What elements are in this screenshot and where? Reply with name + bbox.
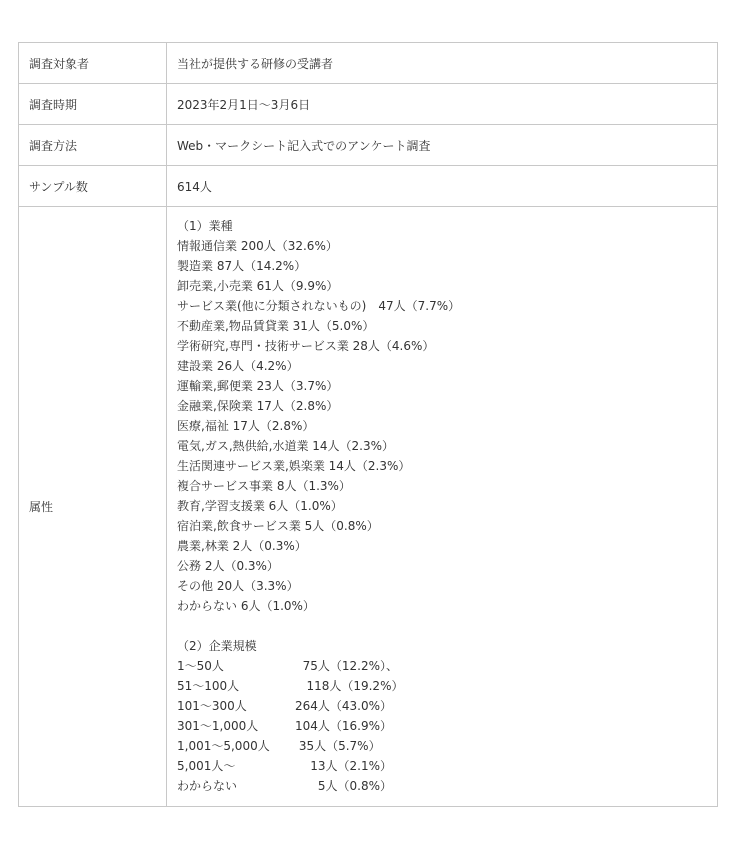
industry-item: 学術研究,専門・技術サービス業 28人（4.6%）	[177, 336, 707, 356]
company-size-count: 118人（19.2%）	[295, 676, 403, 696]
row-sample-size: サンプル数 614人	[19, 166, 718, 207]
industry-item: 建設業 26人（4.2%）	[177, 356, 707, 376]
industry-item: 医療,福祉 17人（2.8%）	[177, 416, 707, 436]
survey-period-value: 2023年2月1日～3月6日	[167, 84, 718, 125]
company-size-count: 5人（0.8%）	[295, 776, 392, 796]
company-size-item: 1～50人 75人（12.2%）、	[177, 656, 707, 676]
industry-item: 卸売業,小売業 61人（9.9%）	[177, 276, 707, 296]
company-size-count: 104人（16.9%）	[295, 716, 392, 736]
company-size-range: 1,001～5,000人	[177, 736, 295, 756]
company-size-item: 51～100人 118人（19.2%）	[177, 676, 707, 696]
company-size-item: わからない 5人（0.8%）	[177, 776, 707, 796]
industry-item: 電気,ガス,熱供給,水道業 14人（2.3%）	[177, 436, 707, 456]
company-size-item: 5,001人～ 13人（2.1%）	[177, 756, 707, 776]
industry-item: 宿泊業,飲食サービス業 5人（0.8%）	[177, 516, 707, 536]
survey-target-label: 調査対象者	[19, 43, 167, 84]
row-attributes: 属性 （1）業種 情報通信業 200人（32.6%） 製造業 87人（14.2%…	[19, 207, 718, 807]
row-survey-method: 調査方法 Web・マークシート記入式でのアンケート調査	[19, 125, 718, 166]
attributes-label: 属性	[19, 207, 167, 807]
industry-item: 不動産業,物品賃貸業 31人（5.0%）	[177, 316, 707, 336]
company-size-range: 101～300人	[177, 696, 295, 716]
industry-item: 製造業 87人（14.2%）	[177, 256, 707, 276]
industry-list: 情報通信業 200人（32.6%） 製造業 87人（14.2%） 卸売業,小売業…	[177, 236, 707, 616]
industry-heading: （1）業種	[177, 216, 707, 236]
industry-item: 生活関連サービス業,娯楽業 14人（2.3%）	[177, 456, 707, 476]
industry-item: 農業,林業 2人（0.3%）	[177, 536, 707, 556]
survey-target-value: 当社が提供する研修の受講者	[167, 43, 718, 84]
industry-item: 公務 2人（0.3%）	[177, 556, 707, 576]
industry-item: 運輸業,郵便業 23人（3.7%）	[177, 376, 707, 396]
industry-item: その他 20人（3.3%）	[177, 576, 707, 596]
sample-size-label: サンプル数	[19, 166, 167, 207]
attributes-value: （1）業種 情報通信業 200人（32.6%） 製造業 87人（14.2%） 卸…	[167, 207, 718, 807]
company-size-heading: （2）企業規模	[177, 636, 707, 656]
survey-overview-table: 調査対象者 当社が提供する研修の受講者 調査時期 2023年2月1日～3月6日 …	[18, 42, 718, 807]
row-survey-target: 調査対象者 当社が提供する研修の受講者	[19, 43, 718, 84]
company-size-range: わからない	[177, 776, 295, 796]
row-survey-period: 調査時期 2023年2月1日～3月6日	[19, 84, 718, 125]
company-size-item: 301～1,000人 104人（16.9%）	[177, 716, 707, 736]
company-size-count: 264人（43.0%）	[295, 696, 392, 716]
industry-item: サービス業(他に分類されないもの) 47人（7.7%）	[177, 296, 707, 316]
industry-item: 教育,学習支援業 6人（1.0%）	[177, 496, 707, 516]
company-size-item: 1,001～5,000人 35人（5.7%）	[177, 736, 707, 756]
company-size-count: 13人（2.1%）	[295, 756, 392, 776]
survey-method-label: 調査方法	[19, 125, 167, 166]
company-size-list: 1～50人 75人（12.2%）、 51～100人 118人（19.2%） 10…	[177, 656, 707, 796]
company-size-range: 1～50人	[177, 656, 295, 676]
company-size-range: 51～100人	[177, 676, 295, 696]
company-size-range: 301～1,000人	[177, 716, 295, 736]
survey-method-value: Web・マークシート記入式でのアンケート調査	[167, 125, 718, 166]
industry-item: わからない 6人（1.0%）	[177, 596, 707, 616]
company-size-item: 101～300人 264人（43.0%）	[177, 696, 707, 716]
spacer	[177, 616, 707, 636]
industry-item: 複合サービス事業 8人（1.3%）	[177, 476, 707, 496]
company-size-range: 5,001人～	[177, 756, 295, 776]
sample-size-value: 614人	[167, 166, 718, 207]
survey-period-label: 調査時期	[19, 84, 167, 125]
company-size-count: 75人（12.2%）、	[295, 656, 398, 676]
company-size-count: 35人（5.7%）	[295, 736, 381, 756]
industry-item: 情報通信業 200人（32.6%）	[177, 236, 707, 256]
industry-item: 金融業,保険業 17人（2.8%）	[177, 396, 707, 416]
